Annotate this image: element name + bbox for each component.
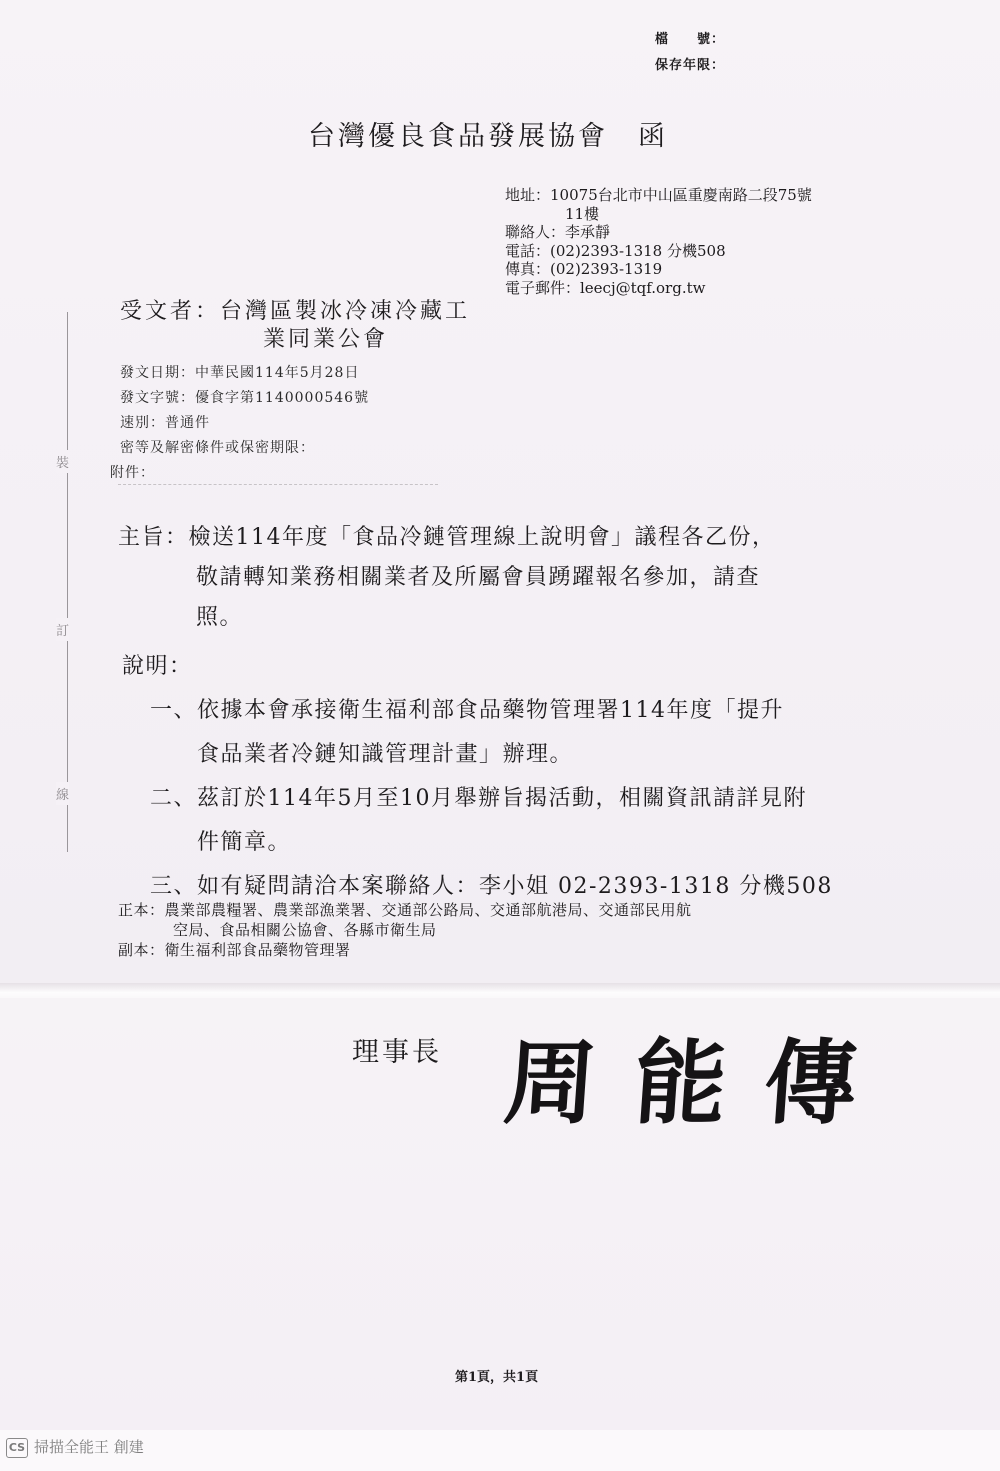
binding-mark-xian: 線 <box>56 782 69 805</box>
issue-date: 發文日期：中華民國114年5月28日 <box>120 361 369 386</box>
security-level: 密等及解密條件或保密期限： <box>120 436 369 461</box>
binding-mark-ding: 訂 <box>56 618 69 641</box>
original-recipients-line1: 農業部農糧署、農業部漁業署、交通部公路局、交通部航港局、交通部民用航 <box>165 901 692 919</box>
recipient-block: 受文者：台灣區製冰冷凍冷藏工 業同業公會 <box>120 298 470 354</box>
explanation-item-1: 一、依據本會承接衛生福利部食品藥物管理署114年度「提升 <box>122 689 833 733</box>
attachment-divider <box>118 484 438 485</box>
contact-block: 地址：10075台北市中山區重慶南路二段75號 11樓 聯絡人：李承靜 電話：(… <box>505 186 812 297</box>
contact-fax: 傳真：(02)2393-1319 <box>505 260 812 279</box>
subject-label: 主旨： <box>118 525 189 550</box>
document-title: 台灣優良食品發展協會 函 <box>308 114 668 153</box>
binding-line <box>67 312 68 852</box>
explanation-label: 說明： <box>122 645 833 689</box>
contact-person: 聯絡人：李承靜 <box>505 223 812 242</box>
camscanner-logo-icon: CS <box>6 1438 28 1458</box>
document-info: 發文日期：中華民國114年5月28日 發文字號：優食字第1140000546號 … <box>120 361 369 486</box>
original-label: 正本： <box>118 901 165 919</box>
subject-line3: 照。 <box>118 598 776 638</box>
scanner-watermark: CS掃描全能王 創建 <box>6 1436 144 1458</box>
subject-line1: 檢送114年度「食品冷鏈管理線上說明會」議程各乙份， <box>189 525 776 550</box>
address-label: 地址： <box>505 186 550 204</box>
cc-recipients: 副本：衛生福利部食品藥物管理署 <box>118 940 692 960</box>
contact-email: 電子郵件：leecj@tqf.org.tw <box>505 279 812 298</box>
recipient-label: 受文者： <box>120 299 220 324</box>
explanation-item-1-cont: 食品業者冷鏈知識管理計畫」辦理。 <box>122 733 833 777</box>
recipient-line2: 業同業公會 <box>120 326 470 354</box>
watermark-text: 掃描全能王 創建 <box>34 1438 144 1456</box>
document-number: 發文字號：優食字第1140000546號 <box>120 386 369 411</box>
address-line1: 10075台北市中山區重慶南路二段75號 <box>550 186 812 204</box>
explanation-item-2-cont: 件簡章。 <box>122 821 833 865</box>
chairman-signature: 周能傳 <box>500 1010 899 1142</box>
contact-phone: 電話：(02)2393-1318 分機508 <box>505 242 812 261</box>
page-indicator: 第1頁，共1頁 <box>455 1366 538 1385</box>
subject-line2: 敬請轉知業務相關業者及所屬會員踴躍報名參加，請查 <box>118 558 776 598</box>
explanation-block: 說明： 一、依據本會承接衛生福利部食品藥物管理署114年度「提升 食品業者冷鏈知… <box>122 645 833 909</box>
subject-block: 主旨：檢送114年度「食品冷鏈管理線上說明會」議程各乙份， 敬請轉知業務相關業者… <box>118 518 776 638</box>
original-recipients-line2: 空局、食品相關公協會、各縣市衛生局 <box>118 920 692 940</box>
retention-label: 保存年限： <box>655 54 725 73</box>
chairman-title: 理事長 <box>352 1030 442 1069</box>
paper-fold <box>0 983 1000 999</box>
address-line2: 11樓 <box>505 205 812 224</box>
file-number-label: 檔 號： <box>655 28 725 47</box>
explanation-item-2: 二、茲訂於114年5月至10月舉辦旨揭活動，相關資訊請詳見附 <box>122 777 833 821</box>
distribution-block: 正本：農業部農糧署、農業部漁業署、交通部公路局、交通部航港局、交通部民用航 空局… <box>118 900 692 960</box>
delivery-speed: 速別：普通件 <box>120 411 369 436</box>
binding-mark-zhuang: 裝 <box>56 450 69 473</box>
recipient-line1: 台灣區製冰冷凍冷藏工 <box>220 299 470 324</box>
attachment-label: 附件： <box>110 461 369 486</box>
